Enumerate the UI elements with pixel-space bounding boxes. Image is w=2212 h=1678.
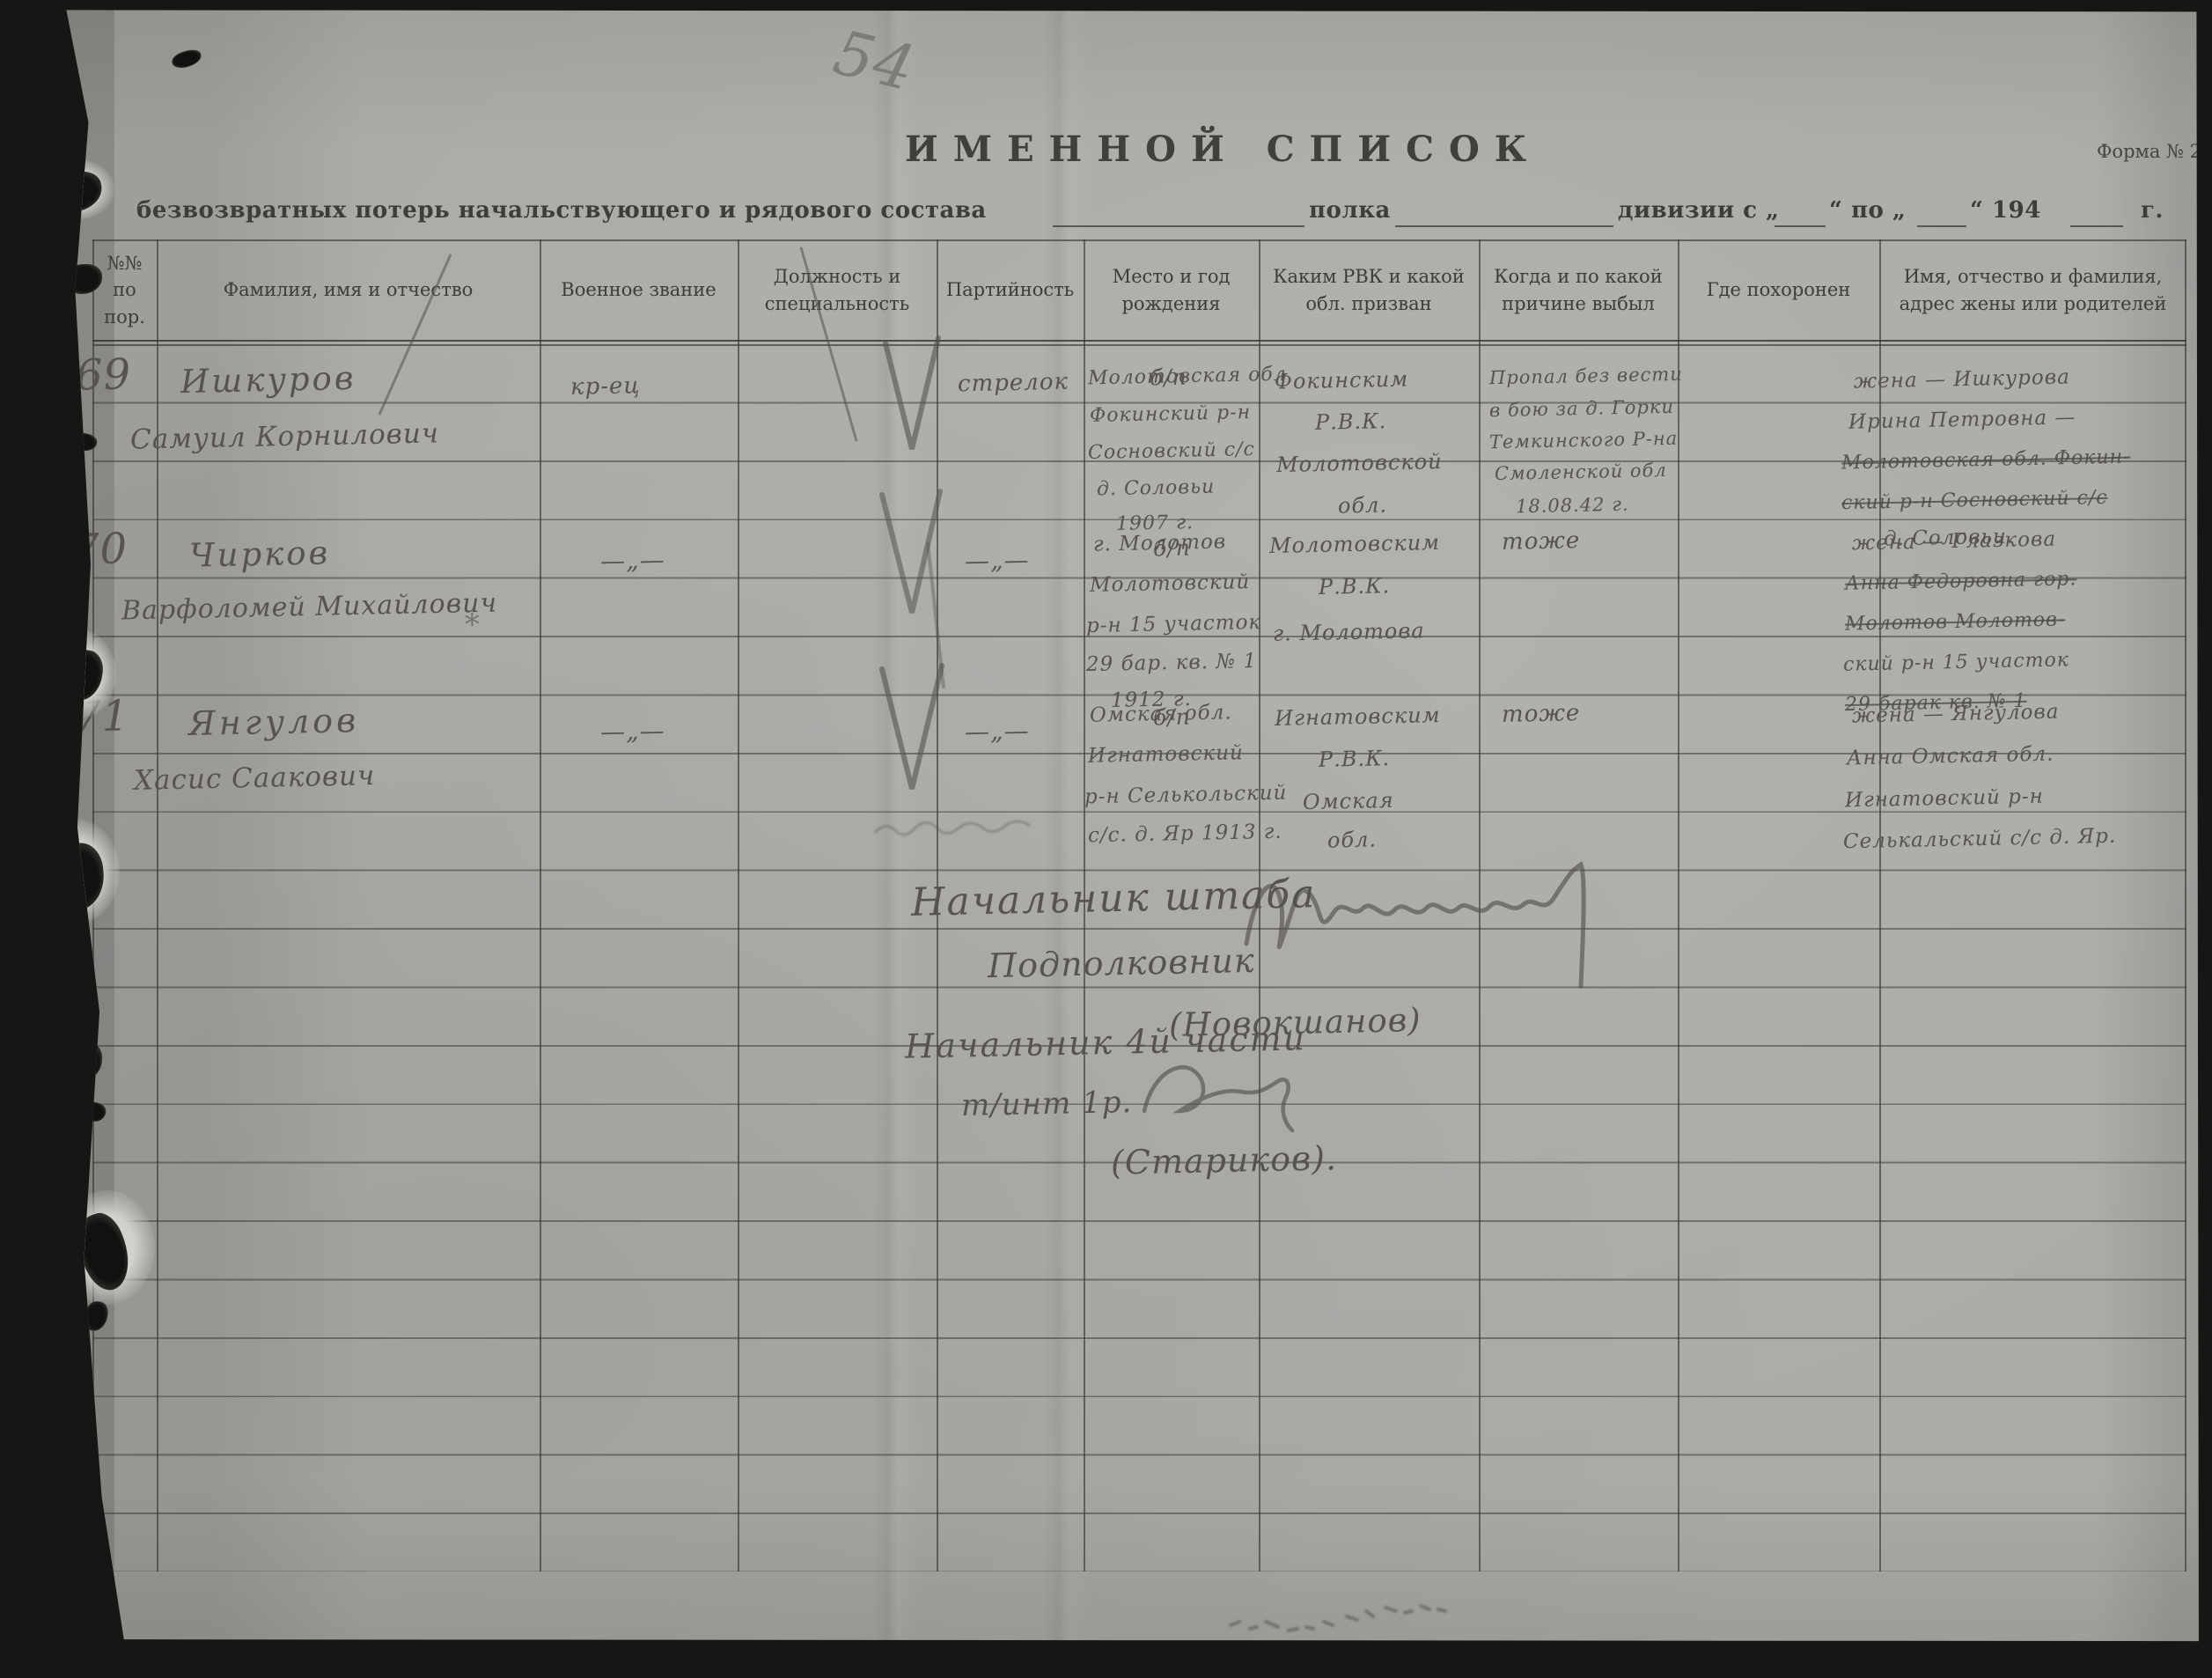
entry-69-rvk-line: Фокинским xyxy=(1275,366,1409,394)
entry-69-surname: Ишкуров xyxy=(180,359,356,401)
entry-69-birth-line: Сосновский с/с xyxy=(1088,438,1255,464)
entry-69-name: Самуил Корнилович xyxy=(130,417,440,455)
subtitle-po: “ по „ xyxy=(1829,197,1906,224)
signature-name-starikov: (Стариков). xyxy=(1111,1138,1338,1181)
blank-date-to xyxy=(1917,199,1966,227)
entry-71-family-line: жена — Янгулова xyxy=(1852,701,2060,728)
entry-69-reason-line: в бою за д. Горки xyxy=(1489,396,1674,421)
entry-69-rank: кр-ец xyxy=(570,372,641,401)
entry-70-surname: Чирков xyxy=(189,534,331,574)
entry-70-birth-line: 29 бар. кв. № 1 xyxy=(1086,650,1258,676)
pencil-checkmark xyxy=(880,336,951,455)
paper-tear-flap xyxy=(32,819,120,924)
ink-bleed-smudge xyxy=(871,812,1065,847)
entry-70-number: 70 xyxy=(71,524,128,574)
entry-70-birth-line: Молотовский xyxy=(1090,570,1251,597)
entry-69-position: стрелок xyxy=(958,369,1069,398)
entry-69-reason-line: Смоленской обл xyxy=(1495,460,1667,484)
entry-70-family-line: жена — Глазкова xyxy=(1852,528,2057,556)
column-header-buried: Где похоронен xyxy=(1678,276,1879,303)
entry-69-rvk-line: Р.В.К. xyxy=(1315,408,1387,435)
column-divider xyxy=(1879,239,1881,1571)
entry-71-birth-line: Игнатовский xyxy=(1088,741,1244,768)
entry-70-rvk-line: Р.В.К. xyxy=(1319,573,1391,600)
entry-69-reason-line: Темкинского Р-на xyxy=(1489,428,1679,453)
entry-70-rank: —„— xyxy=(600,545,665,576)
column-header-rank: Военное звание xyxy=(540,276,738,303)
entry-69-family-line: жена — Ишкурова xyxy=(1854,365,2070,393)
column-header-party: Партийность xyxy=(937,276,1084,303)
paper-tear-flap xyxy=(35,158,114,220)
asterisk-mark: * xyxy=(465,607,481,643)
handwritten-page-number: 54 xyxy=(827,16,922,106)
blank-year-digit xyxy=(2070,199,2123,227)
entry-71-surname: Янгулов xyxy=(188,701,360,743)
blank-date-from xyxy=(1775,199,1826,227)
paper-tear-flap xyxy=(46,630,116,718)
column-header-position: Должность и специальность xyxy=(738,263,937,317)
entry-70-reason: тоже xyxy=(1502,527,1581,556)
signature-rank-technician-intendant: т/инт 1р. xyxy=(961,1085,1133,1123)
entry-71-rank: —„— xyxy=(600,716,665,747)
column-header-birth: Место и год рождения xyxy=(1084,263,1259,317)
entry-69-reason-line: 18.08.42 г. xyxy=(1516,494,1629,518)
entry-70-rvk-line: г. Молотова xyxy=(1273,618,1425,646)
subtitle-division: дивизии с „ xyxy=(1618,197,1780,224)
entry-69-birth-line: д. Соловьи xyxy=(1097,476,1216,501)
starikov-signature-flourish xyxy=(1137,1049,1313,1137)
blank-division-name xyxy=(1395,199,1613,227)
entry-71-family-line: Анна Омская обл. xyxy=(1847,743,2054,770)
entry-71-rvk-line: Игнатовским xyxy=(1275,703,1441,731)
column-header-rvk: Каким РВК и какой обл. призван xyxy=(1259,263,1479,317)
subtitle-god: г. xyxy=(2141,197,2164,224)
subtitle-polka: полка xyxy=(1309,197,1391,224)
entry-70-birth-line: г. Молотов xyxy=(1093,530,1227,556)
column-header-family: Имя, отчество и фамилия, адрес жены или … xyxy=(1879,263,2186,317)
entry-69-rvk-line: Молотовской xyxy=(1276,449,1443,477)
entry-71-birth-line: Омская обл. xyxy=(1090,701,1232,726)
entry-71-position: —„— xyxy=(965,716,1030,747)
entry-71-name: Хасис Саакович xyxy=(134,760,376,797)
scanned-document: 54 ИМЕННОЙ СПИСОК Форма № 2 безвозвратны… xyxy=(0,0,2212,1678)
pencil-checkmark xyxy=(877,664,956,796)
blank-regiment-name xyxy=(1053,199,1304,227)
faint-stamp-smudge xyxy=(1224,1595,1479,1639)
binding-hole xyxy=(170,48,202,70)
entry-70-rvk-line: Молотовским xyxy=(1269,530,1441,558)
entry-70-position: —„— xyxy=(965,545,1030,576)
entry-70-birth-line: р-н 15 участок xyxy=(1086,611,1262,637)
subtitle-year: “ 194 xyxy=(1970,197,2041,224)
table-border-right xyxy=(2185,239,2186,1571)
column-divider xyxy=(540,239,541,1571)
entry-69-number: 69 xyxy=(75,350,131,400)
entry-71-family-line: Игнатовский р-н xyxy=(1845,785,2044,813)
entry-69-birth-line: Фокинский р-н xyxy=(1090,401,1252,427)
subtitle-text: безвозвратных потерь начальствующего и р… xyxy=(136,197,987,224)
paper-sheet: 54 ИМЕННОЙ СПИСОК Форма № 2 безвозвратны… xyxy=(0,0,2212,1678)
table-header-row: №№ по пор. Фамилия, имя и отчество Военн… xyxy=(92,241,2186,339)
entry-69-rvk-line: обл. xyxy=(1338,492,1388,518)
signature-rank-lieutenant-colonel: Подполковник xyxy=(988,941,1255,985)
pencil-checkmark xyxy=(878,489,954,692)
entry-71-rvk-line: Р.В.К. xyxy=(1319,746,1391,772)
entry-69-birth-line: Молотовская обл xyxy=(1088,364,1287,390)
entry-71-birth-line: р-н Селькольский xyxy=(1084,782,1288,809)
document-title: ИМЕННОЙ СПИСОК xyxy=(905,129,1541,170)
column-divider xyxy=(738,239,739,1571)
entry-70-family-line: Молотов Молотов- xyxy=(1845,608,2066,635)
column-header-reason: Когда и по какой причине выбыл xyxy=(1479,263,1678,317)
entry-71-rvk-line: Омская xyxy=(1303,788,1394,814)
column-header-number: №№ по пор. xyxy=(92,250,157,330)
entry-69-family-line: Ирина Петровна — xyxy=(1848,406,2076,433)
entry-71-reason: тоже xyxy=(1502,700,1581,728)
column-divider xyxy=(1678,239,1679,1571)
column-header-name: Фамилия, имя и отчество xyxy=(157,276,540,303)
entry-69-reason-line: Пропал без вести xyxy=(1489,364,1683,389)
form-number-label: Форма № 2 xyxy=(2097,141,2201,162)
novokshanov-signature-flourish xyxy=(1231,838,1618,1005)
